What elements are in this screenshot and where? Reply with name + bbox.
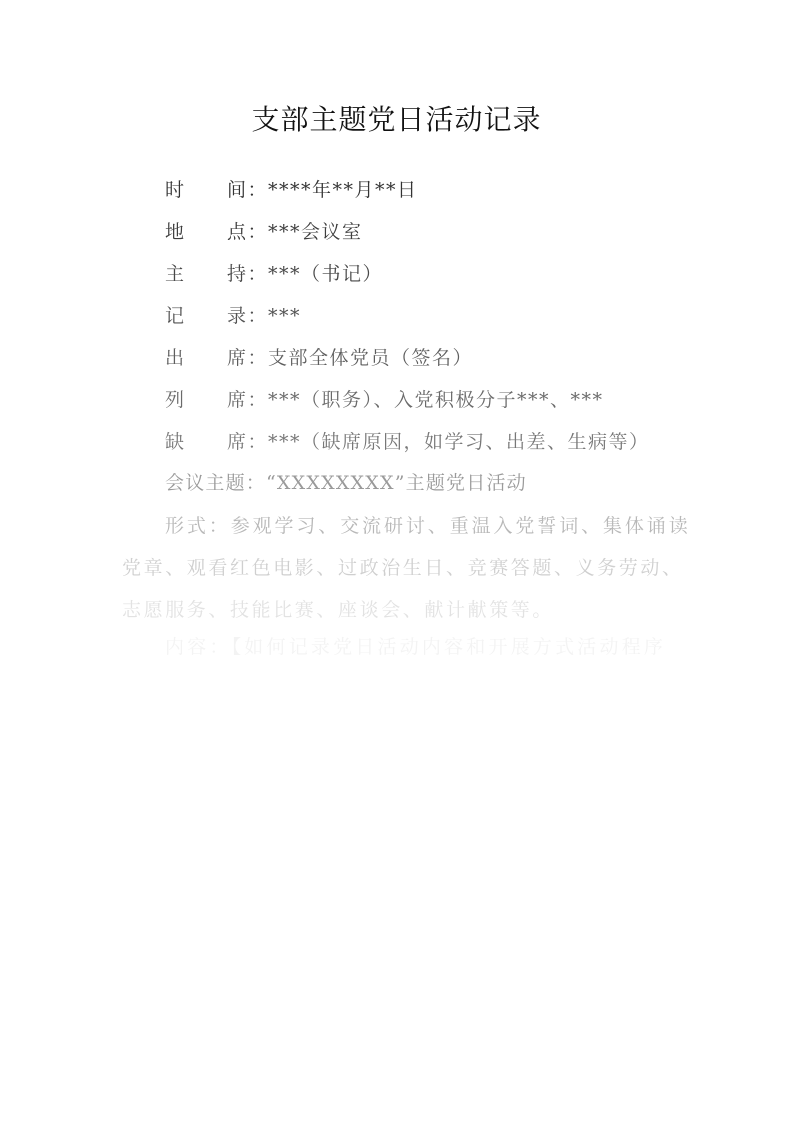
field-label: 出 bbox=[165, 343, 227, 370]
field-label: 席： bbox=[227, 427, 268, 454]
field-label: 主 bbox=[165, 259, 227, 286]
form-line-1: 形式：参观学习、交流研讨、重温入党誓词、集体诵读 bbox=[165, 511, 691, 538]
field-label: 间： bbox=[227, 175, 268, 202]
field-label: 点： bbox=[227, 217, 268, 244]
field-value: ****年**月**日 bbox=[268, 179, 418, 201]
meeting-theme: 会议主题：“XXXXXXXX”主题党日活动 bbox=[165, 468, 527, 495]
field-value: ***（缺席原因，如学习、出差、生病等） bbox=[268, 431, 650, 453]
form-line-2: 党章、观看红色电影、过政治生日、竞赛答题、义务劳动、 bbox=[122, 553, 684, 580]
field-value: ***（书记） bbox=[268, 263, 383, 285]
field-label: 地 bbox=[165, 217, 227, 244]
field-label: 记 bbox=[165, 301, 227, 328]
field-label: 席： bbox=[227, 385, 268, 412]
field-label: 列 bbox=[165, 385, 227, 412]
field-value: ***会议室 bbox=[268, 221, 363, 243]
field-label: 录： bbox=[227, 301, 268, 328]
field-observers: 列席：***（职务）、入党积极分子***、*** bbox=[165, 385, 604, 412]
content-line: 内容：【如何记录党日活动内容和开展方式活动程序 bbox=[165, 632, 666, 659]
field-host: 主持：***（书记） bbox=[165, 259, 383, 286]
field-value: *** bbox=[268, 305, 301, 327]
form-line-3: 志愿服务、技能比赛、座谈会、献计献策等。 bbox=[122, 595, 554, 622]
field-recorder: 记录：*** bbox=[165, 301, 301, 328]
field-label: 缺 bbox=[165, 427, 227, 454]
field-time: 时间：****年**月**日 bbox=[165, 175, 418, 202]
field-label: 席： bbox=[227, 343, 268, 370]
field-value: ***（职务）、入党积极分子***、*** bbox=[268, 389, 604, 411]
field-label: 持： bbox=[227, 259, 268, 286]
field-absentees: 缺席：***（缺席原因，如学习、出差、生病等） bbox=[165, 427, 650, 454]
field-label: 时 bbox=[165, 175, 227, 202]
field-location: 地点：***会议室 bbox=[165, 217, 363, 244]
field-value: 支部全体党员（签名） bbox=[268, 347, 473, 369]
field-attendees: 出席：支部全体党员（签名） bbox=[165, 343, 473, 370]
document-page: 支部主题党日活动记录 时间：****年**月**日 地点：***会议室 主持：*… bbox=[0, 0, 793, 1122]
page-title: 支部主题党日活动记录 bbox=[0, 98, 793, 138]
